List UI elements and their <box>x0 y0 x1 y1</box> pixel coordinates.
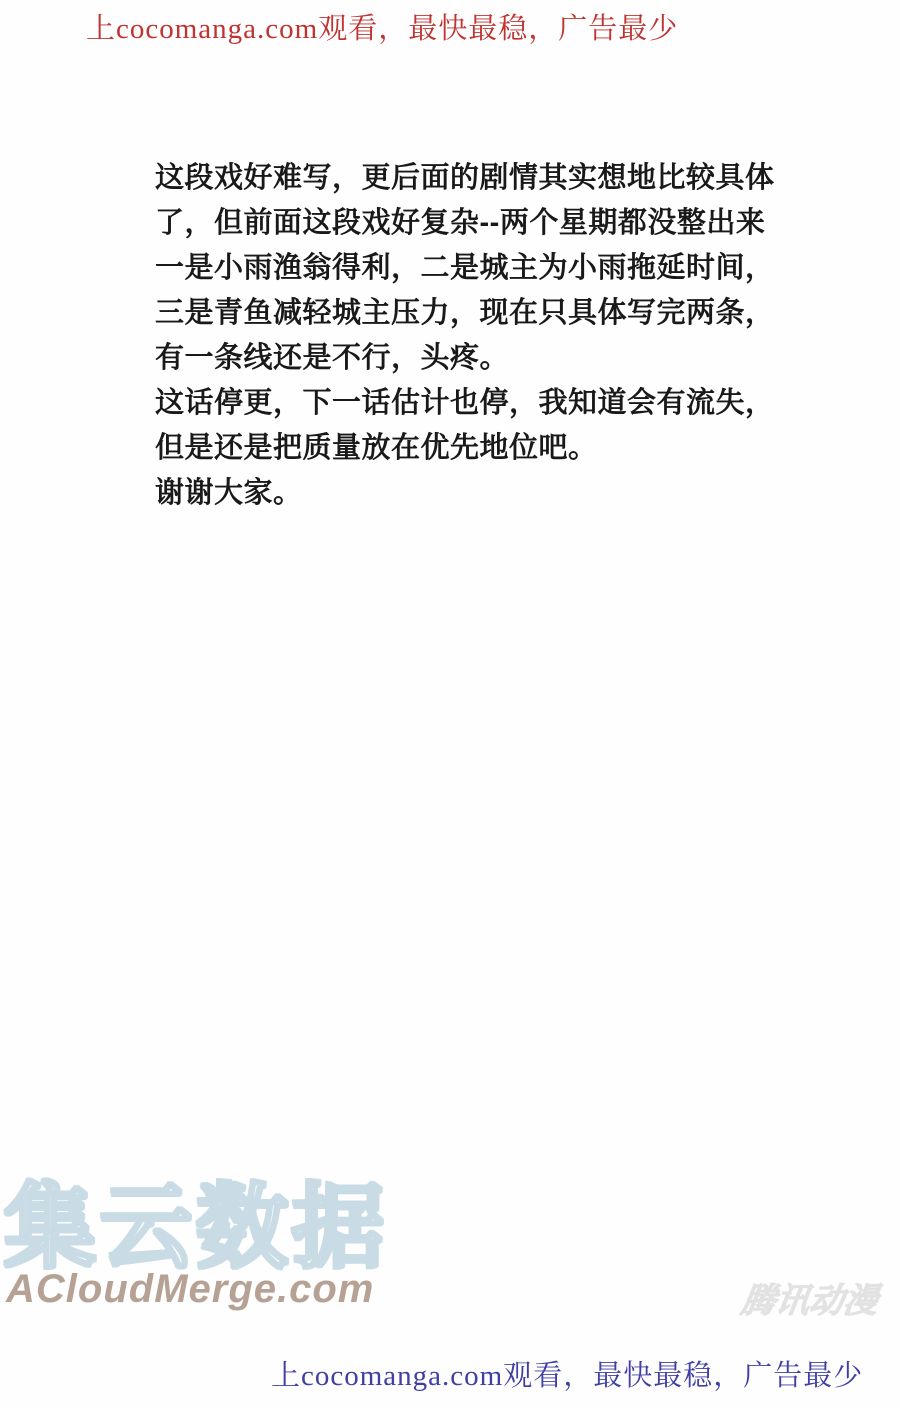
note-line: 有一条线还是不行，头疼。 <box>155 336 795 381</box>
note-line: 一是小雨渔翁得利，二是城主为小雨拖延时间， <box>155 246 795 291</box>
ad-watermark-top: 上cocomanga.com观看，最快最稳，广告最少 <box>86 6 678 47</box>
note-line: 三是青鱼减轻城主压力，现在只具体写完两条， <box>155 291 795 336</box>
acloudmerge-url-watermark: ACloudMerge.com <box>6 1267 374 1312</box>
acloudmerge-cn-watermark: 集云数据 <box>4 1180 388 1276</box>
note-line: 但是还是把质量放在优先地位吧。 <box>155 426 795 471</box>
note-line: 了，但前面这段戏好复杂--两个星期都没整出来 <box>155 201 795 246</box>
note-line: 谢谢大家。 <box>155 471 795 516</box>
note-line: 这段戏好难写，更后面的剧情其实想地比较具体 <box>155 156 795 201</box>
author-note: 这段戏好难写，更后面的剧情其实想地比较具体 了，但前面这段戏好复杂--两个星期都… <box>155 156 795 516</box>
ad-watermark-bottom: 上cocomanga.com观看，最快最稳，广告最少 <box>271 1353 863 1394</box>
comic-page: 上cocomanga.com观看，最快最稳，广告最少 这段戏好难写，更后面的剧情… <box>0 0 900 1408</box>
note-line: 这话停更，下一话估计也停，我知道会有流失， <box>155 381 795 426</box>
tencent-comics-logo: 腾讯动漫 <box>739 1273 882 1322</box>
